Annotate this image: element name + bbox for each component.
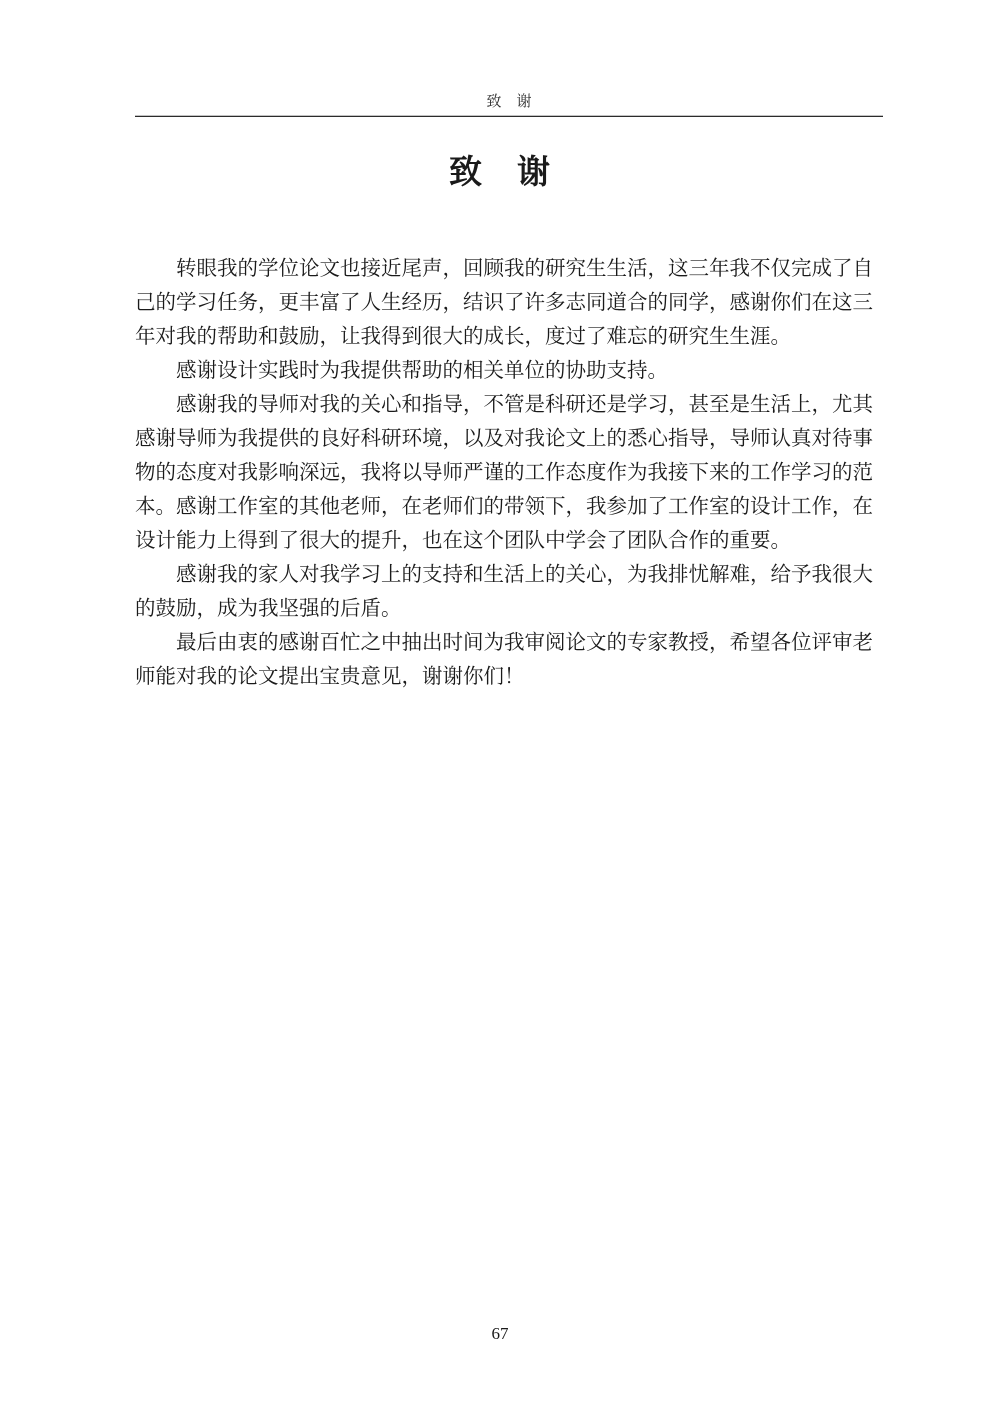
paragraph-2: 感谢设计实践时为我提供帮助的相关单位的协助支持。	[135, 354, 873, 388]
header-rule	[135, 115, 883, 117]
page-title: 致 谢	[0, 146, 1000, 193]
page-number: 67	[0, 1322, 1000, 1346]
body-text: 转眼我的学位论文也接近尾声，回顾我的研究生生活，这三年我不仅完成了自己的学习任务…	[135, 252, 873, 694]
document-page: 致 谢 致 谢 转眼我的学位论文也接近尾声，回顾我的研究生生活，这三年我不仅完成…	[0, 0, 1000, 1414]
running-header-text: 致 谢	[486, 94, 531, 110]
running-header: 致 谢	[135, 92, 883, 112]
paragraph-5: 最后由衷的感谢百忙之中抽出时间为我审阅论文的专家教授，希望各位评审老师能对我的论…	[135, 626, 873, 694]
paragraph-1: 转眼我的学位论文也接近尾声，回顾我的研究生生活，这三年我不仅完成了自己的学习任务…	[135, 252, 873, 354]
paragraph-4: 感谢我的家人对我学习上的支持和生活上的关心，为我排忧解难，给予我很大的鼓励，成为…	[135, 558, 873, 626]
paragraph-3: 感谢我的导师对我的关心和指导，不管是科研还是学习，甚至是生活上，尤其感谢导师为我…	[135, 388, 873, 558]
